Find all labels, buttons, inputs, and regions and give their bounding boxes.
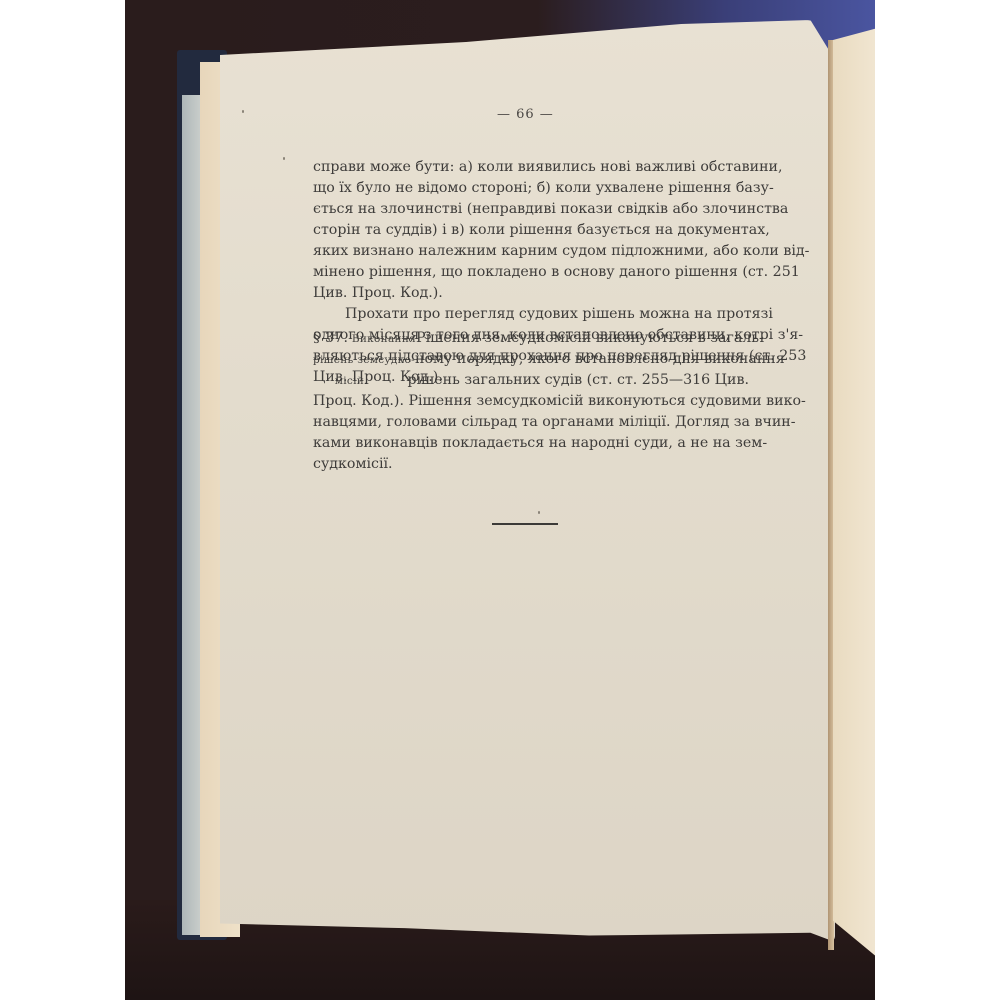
text-line: яких визнано належним карним судом підло… — [313, 241, 749, 262]
cover-spine-edge — [182, 95, 200, 935]
margin-note: рішень земсудко- — [313, 350, 415, 371]
text-line: мінено рішення, що покладено в основу да… — [313, 262, 749, 283]
book-photo — [125, 0, 875, 1000]
margin-note: місій. — [313, 371, 389, 392]
text-line: сторін та суддів) і в) коли рішення базу… — [313, 220, 749, 241]
text-line: ється на злочинстві (неправдиві покази с… — [313, 199, 749, 220]
text-line: Прохати про перегляд судових рішень можн… — [313, 304, 749, 325]
text-line: що їх було не відомо стороні; б) коли ух… — [313, 178, 749, 199]
text-line: судкомісії. — [313, 454, 749, 475]
text-line: Рішення земсудкомісій виконуються в зага… — [416, 328, 764, 349]
text-line: Проц. Код.). Рішення земсудкомісій викон… — [313, 391, 749, 412]
section-marker-and-note: § 37. Виконання — [313, 328, 416, 350]
paper-speck — [283, 157, 285, 160]
section-separator-rule — [492, 523, 558, 525]
text-line: ками виконавців покладається на народні … — [313, 433, 749, 454]
margin-note: Виконання — [352, 333, 416, 345]
text-line: Цив. Проц. Код.). — [313, 283, 749, 304]
facing-page — [833, 28, 875, 958]
paper-speck — [242, 110, 244, 113]
page-number: — 66 — — [497, 107, 554, 122]
text-line: справи може бути: а) коли виявились нові… — [313, 157, 749, 178]
text-line: рішень загальних судів (ст. ст. 255—316 … — [407, 370, 749, 391]
paper-speck — [538, 511, 540, 514]
text-line: ному порядку, якого встановлено для вико… — [415, 349, 785, 370]
section-marker: § 37. — [313, 330, 348, 346]
section-37: § 37. Виконання Рішення земсудкомісій ви… — [313, 328, 749, 475]
text-line: навцями, головами сільрад та органами мі… — [313, 412, 749, 433]
